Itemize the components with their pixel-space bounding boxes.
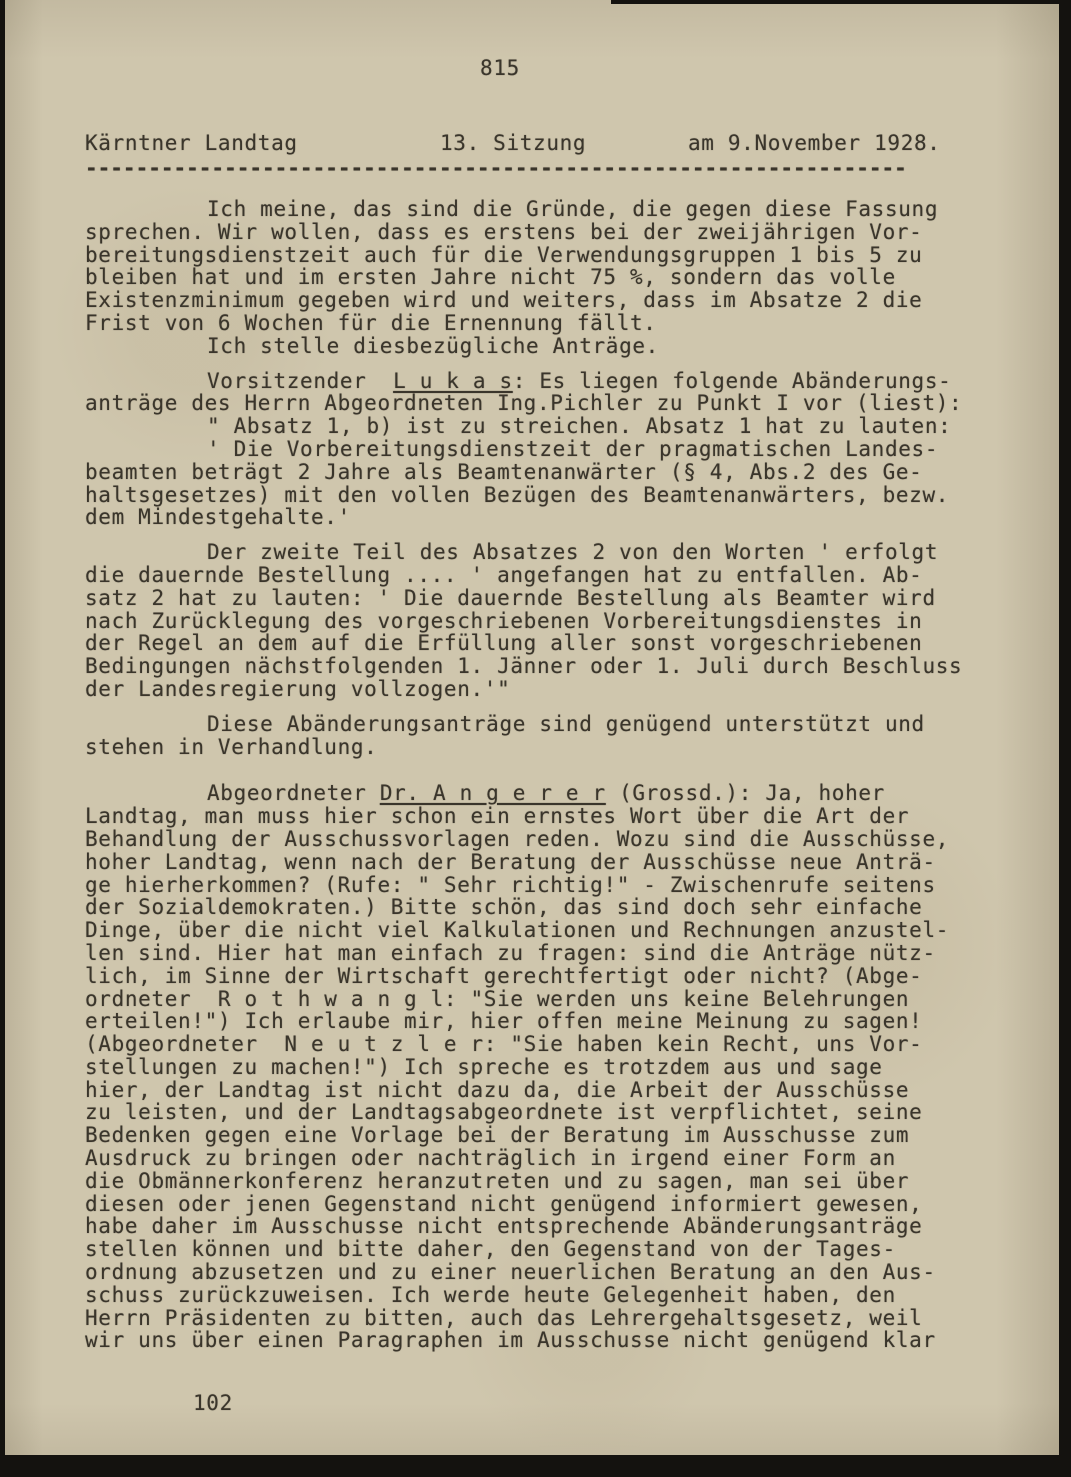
text-segment: (Abgeordneter N e u t z l e r: "Sie habe… xyxy=(85,1032,922,1056)
text-line: Landtag, man muss hier schon ein ernstes… xyxy=(85,805,985,828)
text-line: ordneter R o t h w a n g l: "Sie werden … xyxy=(85,988,985,1011)
text-segment: Abgeordneter xyxy=(207,781,380,805)
text-line: Dinge, über die nicht viel Kalkulationen… xyxy=(85,919,985,942)
text-line: Herrn Präsidenten zu bitten, auch das Le… xyxy=(85,1307,985,1330)
text-segment: stellen können und bitte daher, den Gege… xyxy=(85,1237,896,1261)
text-segment: Ausdruck zu bringen oder nachträglich in… xyxy=(85,1146,896,1170)
text-segment: Landtag, man muss hier schon ein ernstes… xyxy=(85,804,909,828)
text-segment: len sind. Hier hat man einfach zu fragen… xyxy=(85,941,936,965)
text-line: habe daher im Ausschusse nicht entsprech… xyxy=(85,1215,985,1238)
text-line: Ich meine, das sind die Gründe, die gege… xyxy=(85,198,985,221)
page-header: Kärntner Landtag 13. Sitzung am 9.Novemb… xyxy=(85,131,1051,157)
speaker-name: L u k a s xyxy=(393,369,513,393)
header-title: Kärntner Landtag xyxy=(85,131,298,155)
text-segment: habe daher im Ausschusse nicht entsprech… xyxy=(85,1214,922,1238)
text-line: nach Zurücklegung des vorgeschriebenen V… xyxy=(85,610,985,633)
text-line: die Obmännerkonferenz heranzutreten und … xyxy=(85,1170,985,1193)
scanned-page: 815 Kärntner Landtag 13. Sitzung am 9.No… xyxy=(0,0,1071,1477)
text-line: dem Mindestgehalte.' xyxy=(85,506,985,529)
text-segment: Diese Abänderungsanträge sind genügend u… xyxy=(207,712,925,736)
text-line: Frist von 6 Wochen für die Ernennung fäl… xyxy=(85,312,985,335)
text-segment: haltsgesetzes) mit den vollen Bezügen de… xyxy=(85,483,949,507)
text-segment: der Landesregierung vollzogen.'" xyxy=(85,677,510,701)
text-line: der Sozialdemokraten.) Bitte schön, das … xyxy=(85,896,985,919)
text-line: Ausdruck zu bringen oder nachträglich in… xyxy=(85,1147,985,1170)
text-segment: sprechen. Wir wollen, dass es erstens be… xyxy=(85,220,922,244)
header-session: 13. Sitzung xyxy=(440,131,586,155)
text-line: schuss zurückzuweisen. Ich werde heute G… xyxy=(85,1284,985,1307)
text-line: erteilen!") Ich erlaube mir, hier offen … xyxy=(85,1010,985,1033)
text-line: Diese Abänderungsanträge sind genügend u… xyxy=(85,713,985,736)
paragraph: Der zweite Teil des Absatzes 2 von den W… xyxy=(85,541,985,701)
paragraph: Diese Abänderungsanträge sind genügend u… xyxy=(85,713,985,759)
text-line: Existenzminimum gegeben wird und weiters… xyxy=(85,289,985,312)
text-segment: : Es liegen folgende Abänderungs- xyxy=(513,369,952,393)
text-line: len sind. Hier hat man einfach zu fragen… xyxy=(85,942,985,965)
text-line: Vorsitzender L u k a s: Es liegen folgen… xyxy=(85,370,985,393)
text-line: " Absatz 1, b) ist zu streichen. Absatz … xyxy=(85,415,985,438)
text-segment: Ich stelle diesbezügliche Anträge. xyxy=(207,334,659,358)
text-segment: der Sozialdemokraten.) Bitte schön, das … xyxy=(85,895,922,919)
text-segment: Bedenken gegen eine Vorlage bei der Bera… xyxy=(85,1123,909,1147)
text-segment: anträge des Herrn Abgeordneten Ing.Pichl… xyxy=(85,391,962,415)
text-line: haltsgesetzes) mit den vollen Bezügen de… xyxy=(85,484,985,507)
text-line: anträge des Herrn Abgeordneten Ing.Pichl… xyxy=(85,392,985,415)
text-segment: ' Die Vorbereitungsdienstzeit der pragma… xyxy=(207,437,938,461)
text-segment: (Grossd.): Ja, hoher xyxy=(606,781,885,805)
text-line: Der zweite Teil des Absatzes 2 von den W… xyxy=(85,541,985,564)
text-segment: zu leisten, und der Landtagsabgeordnete … xyxy=(85,1100,922,1124)
text-line: Abgeordneter Dr. A n g e r e r (Grossd.)… xyxy=(85,782,985,805)
text-line: die dauernde Bestellung .... ' angefange… xyxy=(85,564,985,587)
text-segment: Ich meine, das sind die Gründe, die gege… xyxy=(207,197,938,221)
text-segment: stehen in Verhandlung. xyxy=(85,735,377,759)
text-line: bereitungsdienstzeit auch für die Verwen… xyxy=(85,244,985,267)
text-segment: lich, im Sinne der Wirtschaft gerechtfer… xyxy=(85,964,922,988)
text-line: hier, der Landtag ist nicht dazu da, die… xyxy=(85,1079,985,1102)
text-segment: bleiben hat und im ersten Jahre nicht 75… xyxy=(85,265,896,289)
text-segment: Der zweite Teil des Absatzes 2 von den W… xyxy=(207,540,938,564)
text-segment: hier, der Landtag ist nicht dazu da, die… xyxy=(85,1078,909,1102)
text-line: satz 2 hat zu lauten: ' Die dauernde Bes… xyxy=(85,587,985,610)
header-date: am 9.November 1928. xyxy=(688,131,941,155)
text-line: stehen in Verhandlung. xyxy=(85,736,985,759)
text-line: zu leisten, und der Landtagsabgeordnete … xyxy=(85,1101,985,1124)
text-line: ' Die Vorbereitungsdienstzeit der pragma… xyxy=(85,438,985,461)
text-segment: Existenzminimum gegeben wird und weiters… xyxy=(85,288,922,312)
text-segment: wir uns über einen Paragraphen im Aussch… xyxy=(85,1328,936,1352)
text-line: bleiben hat und im ersten Jahre nicht 75… xyxy=(85,266,985,289)
text-line: beamten beträgt 2 Jahre als Beamtenanwär… xyxy=(85,461,985,484)
text-segment: die Obmännerkonferenz heranzutreten und … xyxy=(85,1169,909,1193)
text-segment: Behandlung der Ausschussvorlagen reden. … xyxy=(85,827,949,851)
text-line: Behandlung der Ausschussvorlagen reden. … xyxy=(85,828,985,851)
text-line: hoher Landtag, wenn nach der Beratung de… xyxy=(85,851,985,874)
body-text: Ich meine, das sind die Gründe, die gege… xyxy=(85,198,985,1352)
scan-edge-left xyxy=(0,0,5,1477)
text-line: ordnung abzusetzen und zu einer neuerlic… xyxy=(85,1261,985,1284)
text-segment: Dinge, über die nicht viel Kalkulationen… xyxy=(85,918,949,942)
footer-sheet-number: 102 xyxy=(193,1391,233,1415)
paragraph: Vorsitzender L u k a s: Es liegen folgen… xyxy=(85,370,985,530)
speaker-name: Dr. A n g e r e r xyxy=(380,781,606,805)
text-segment: diesen oder jenen Gegenstand nicht genüg… xyxy=(85,1192,922,1216)
text-segment: bereitungsdienstzeit auch für die Verwen… xyxy=(85,243,922,267)
text-segment: beamten beträgt 2 Jahre als Beamtenanwär… xyxy=(85,460,922,484)
page-number: 815 xyxy=(0,56,1000,80)
text-segment: satz 2 hat zu lauten: ' Die dauernde Bes… xyxy=(85,586,936,610)
scan-edge-top-right xyxy=(611,0,1071,4)
text-line: sprechen. Wir wollen, dass es erstens be… xyxy=(85,221,985,244)
text-line: stellungen zu machen!") Ich spreche es t… xyxy=(85,1056,985,1079)
text-line: der Landesregierung vollzogen.'" xyxy=(85,678,985,701)
text-segment: ge hierherkommen? (Rufe: " Sehr richtig!… xyxy=(85,873,936,897)
text-segment: ordneter R o t h w a n g l: "Sie werden … xyxy=(85,987,909,1011)
text-segment: stellungen zu machen!") Ich spreche es t… xyxy=(85,1055,883,1079)
text-line: stellen können und bitte daher, den Gege… xyxy=(85,1238,985,1261)
text-segment: der Regel an dem auf die Erfüllung aller… xyxy=(85,631,922,655)
text-line: diesen oder jenen Gegenstand nicht genüg… xyxy=(85,1193,985,1216)
scan-edge-right xyxy=(1059,0,1071,1477)
text-line: Ich stelle diesbezügliche Anträge. xyxy=(85,335,985,358)
scan-edge-bottom xyxy=(0,1455,1071,1477)
text-segment: schuss zurückzuweisen. Ich werde heute G… xyxy=(85,1283,896,1307)
text-line: lich, im Sinne der Wirtschaft gerechtfer… xyxy=(85,965,985,988)
header-rule: ----------------------------------------… xyxy=(85,156,951,180)
paragraph: Ich meine, das sind die Gründe, die gege… xyxy=(85,198,985,358)
text-line: ge hierherkommen? (Rufe: " Sehr richtig!… xyxy=(85,874,985,897)
text-segment: Frist von 6 Wochen für die Ernennung fäl… xyxy=(85,311,657,335)
text-line: (Abgeordneter N e u t z l e r: "Sie habe… xyxy=(85,1033,985,1056)
text-segment: Bedingungen nächstfolgenden 1. Jänner od… xyxy=(85,654,962,678)
text-segment: Herrn Präsidenten zu bitten, auch das Le… xyxy=(85,1306,922,1330)
text-segment: die dauernde Bestellung .... ' angefange… xyxy=(85,563,922,587)
text-segment: nach Zurücklegung des vorgeschriebenen V… xyxy=(85,609,922,633)
text-segment: " Absatz 1, b) ist zu streichen. Absatz … xyxy=(207,414,951,438)
text-segment: Vorsitzender xyxy=(207,369,393,393)
text-segment: hoher Landtag, wenn nach der Beratung de… xyxy=(85,850,936,874)
text-segment: ordnung abzusetzen und zu einer neuerlic… xyxy=(85,1260,936,1284)
text-segment: erteilen!") Ich erlaube mir, hier offen … xyxy=(85,1009,922,1033)
text-line: wir uns über einen Paragraphen im Aussch… xyxy=(85,1329,985,1352)
text-segment: dem Mindestgehalte.' xyxy=(85,505,351,529)
text-line: der Regel an dem auf die Erfüllung aller… xyxy=(85,632,985,655)
text-line: Bedingungen nächstfolgenden 1. Jänner od… xyxy=(85,655,985,678)
paragraph: Abgeordneter Dr. A n g e r e r (Grossd.)… xyxy=(85,782,985,1352)
text-line: Bedenken gegen eine Vorlage bei der Bera… xyxy=(85,1124,985,1147)
